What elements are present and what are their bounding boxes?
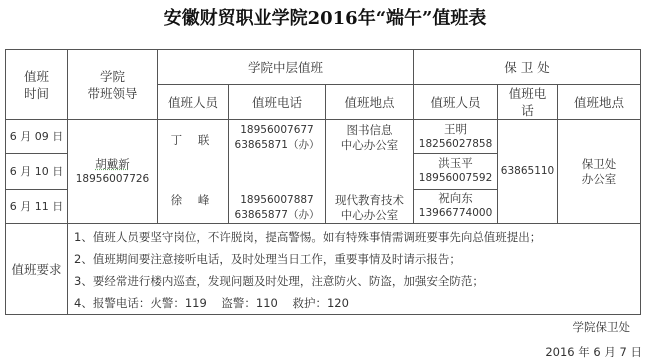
header-security-group: 保 卫 处 [414, 50, 641, 85]
mid-phone-office-2: 63865877（办） [229, 208, 325, 223]
leader-cell: 胡戴新 18956007726 [68, 120, 158, 224]
header-leader: 学院 带班领导 [68, 50, 158, 120]
header-middle-group: 学院中层值班 [158, 50, 414, 85]
sec-person-phone: 18256027858 [414, 137, 497, 152]
header-mid-place: 值班地点 [326, 85, 414, 120]
requirements-label: 值班要求 [6, 224, 68, 315]
sec-person-cell: 王明 18256027858 [414, 120, 498, 154]
header-duty-time: 值班 时间 [6, 50, 68, 120]
sec-person-cell: 祝向东 13966774000 [414, 189, 498, 223]
leader-phone: 18956007726 [68, 172, 157, 187]
mid-person-2: 徐 峰 [158, 168, 228, 220]
mid-place-2-l2: 中心办公室 [326, 208, 413, 223]
mid-person-1: 丁 联 [158, 120, 228, 168]
sec-person-phone: 18956007592 [414, 171, 497, 186]
sec-person-name: 洪玉平 [414, 156, 497, 171]
signature-date: 2016 年 6 月 7 日 [545, 344, 642, 360]
mid-phone-cell: 18956007677 63865871（办） 18956007887 6386… [229, 120, 326, 224]
mid-place-2-l1: 现代教育技术 [326, 153, 413, 208]
header-mid-phone: 值班电话 [229, 85, 326, 120]
date-cell: 6 月 11 日 [6, 189, 68, 223]
sec-person-name: 王明 [414, 122, 497, 137]
sec-person-phone: 13966774000 [414, 206, 497, 221]
mid-place-1-l2: 中心办公室 [326, 138, 413, 153]
requirements-list: 1、值班人员要坚守岗位，不许脱岗，提高警惕。如有特殊事情需调班要事先向总值班提出… [68, 224, 641, 315]
sec-place-cell: 保卫处 办公室 [558, 120, 641, 224]
sec-person-name: 祝向东 [414, 191, 497, 206]
requirement-item: 4、报警电话：火警：119 盗警：110 救护：120 [74, 292, 640, 314]
date-cell: 6 月 10 日 [6, 154, 68, 189]
duty-schedule-table-container: 值班 时间 学院 带班领导 学院中层值班 保 卫 处 值班人员 值班电话 值班地… [5, 49, 640, 310]
mid-place-1-l1: 图书信息 [326, 120, 413, 138]
requirement-item: 1、值班人员要坚守岗位，不许脱岗，提高警惕。如有特殊事情需调班要事先向总值班提出… [74, 226, 640, 248]
duty-schedule-table: 值班 时间 学院 带班领导 学院中层值班 保 卫 处 值班人员 值班电话 值班地… [5, 49, 641, 315]
header-mid-person: 值班人员 [158, 85, 229, 120]
sec-person-cell: 洪玉平 18956007592 [414, 154, 498, 189]
document-title: 安徽财贸职业学院2016年“端午”值班表 [0, 4, 650, 30]
header-sec-person: 值班人员 [414, 85, 498, 120]
leader-name: 胡戴新 [68, 157, 157, 172]
mid-place-cell: 图书信息 中心办公室 现代教育技术 中心办公室 [326, 120, 414, 224]
mid-phone-mobile-1: 18956007677 [229, 120, 325, 138]
signature-org: 学院保卫处 [573, 319, 631, 335]
mid-phone-mobile-2: 18956007887 [229, 153, 325, 208]
date-cell: 6 月 09 日 [6, 120, 68, 154]
header-sec-place: 值班地点 [558, 85, 641, 120]
mid-person-cell: 丁 联 徐 峰 [158, 120, 229, 224]
requirement-item: 2、值班期间要注意接听电话，及时处理当日工作，重要事情及时请示报告； [74, 248, 640, 270]
requirement-item: 3、要经常进行楼内巡查，发现问题及时处理，注意防火、防盗，加强安全防范； [74, 270, 640, 292]
mid-phone-office-1: 63865871（办） [229, 138, 325, 153]
sec-phone-cell: 63865110 [498, 120, 558, 224]
header-sec-phone: 值班电 话 [498, 85, 558, 120]
